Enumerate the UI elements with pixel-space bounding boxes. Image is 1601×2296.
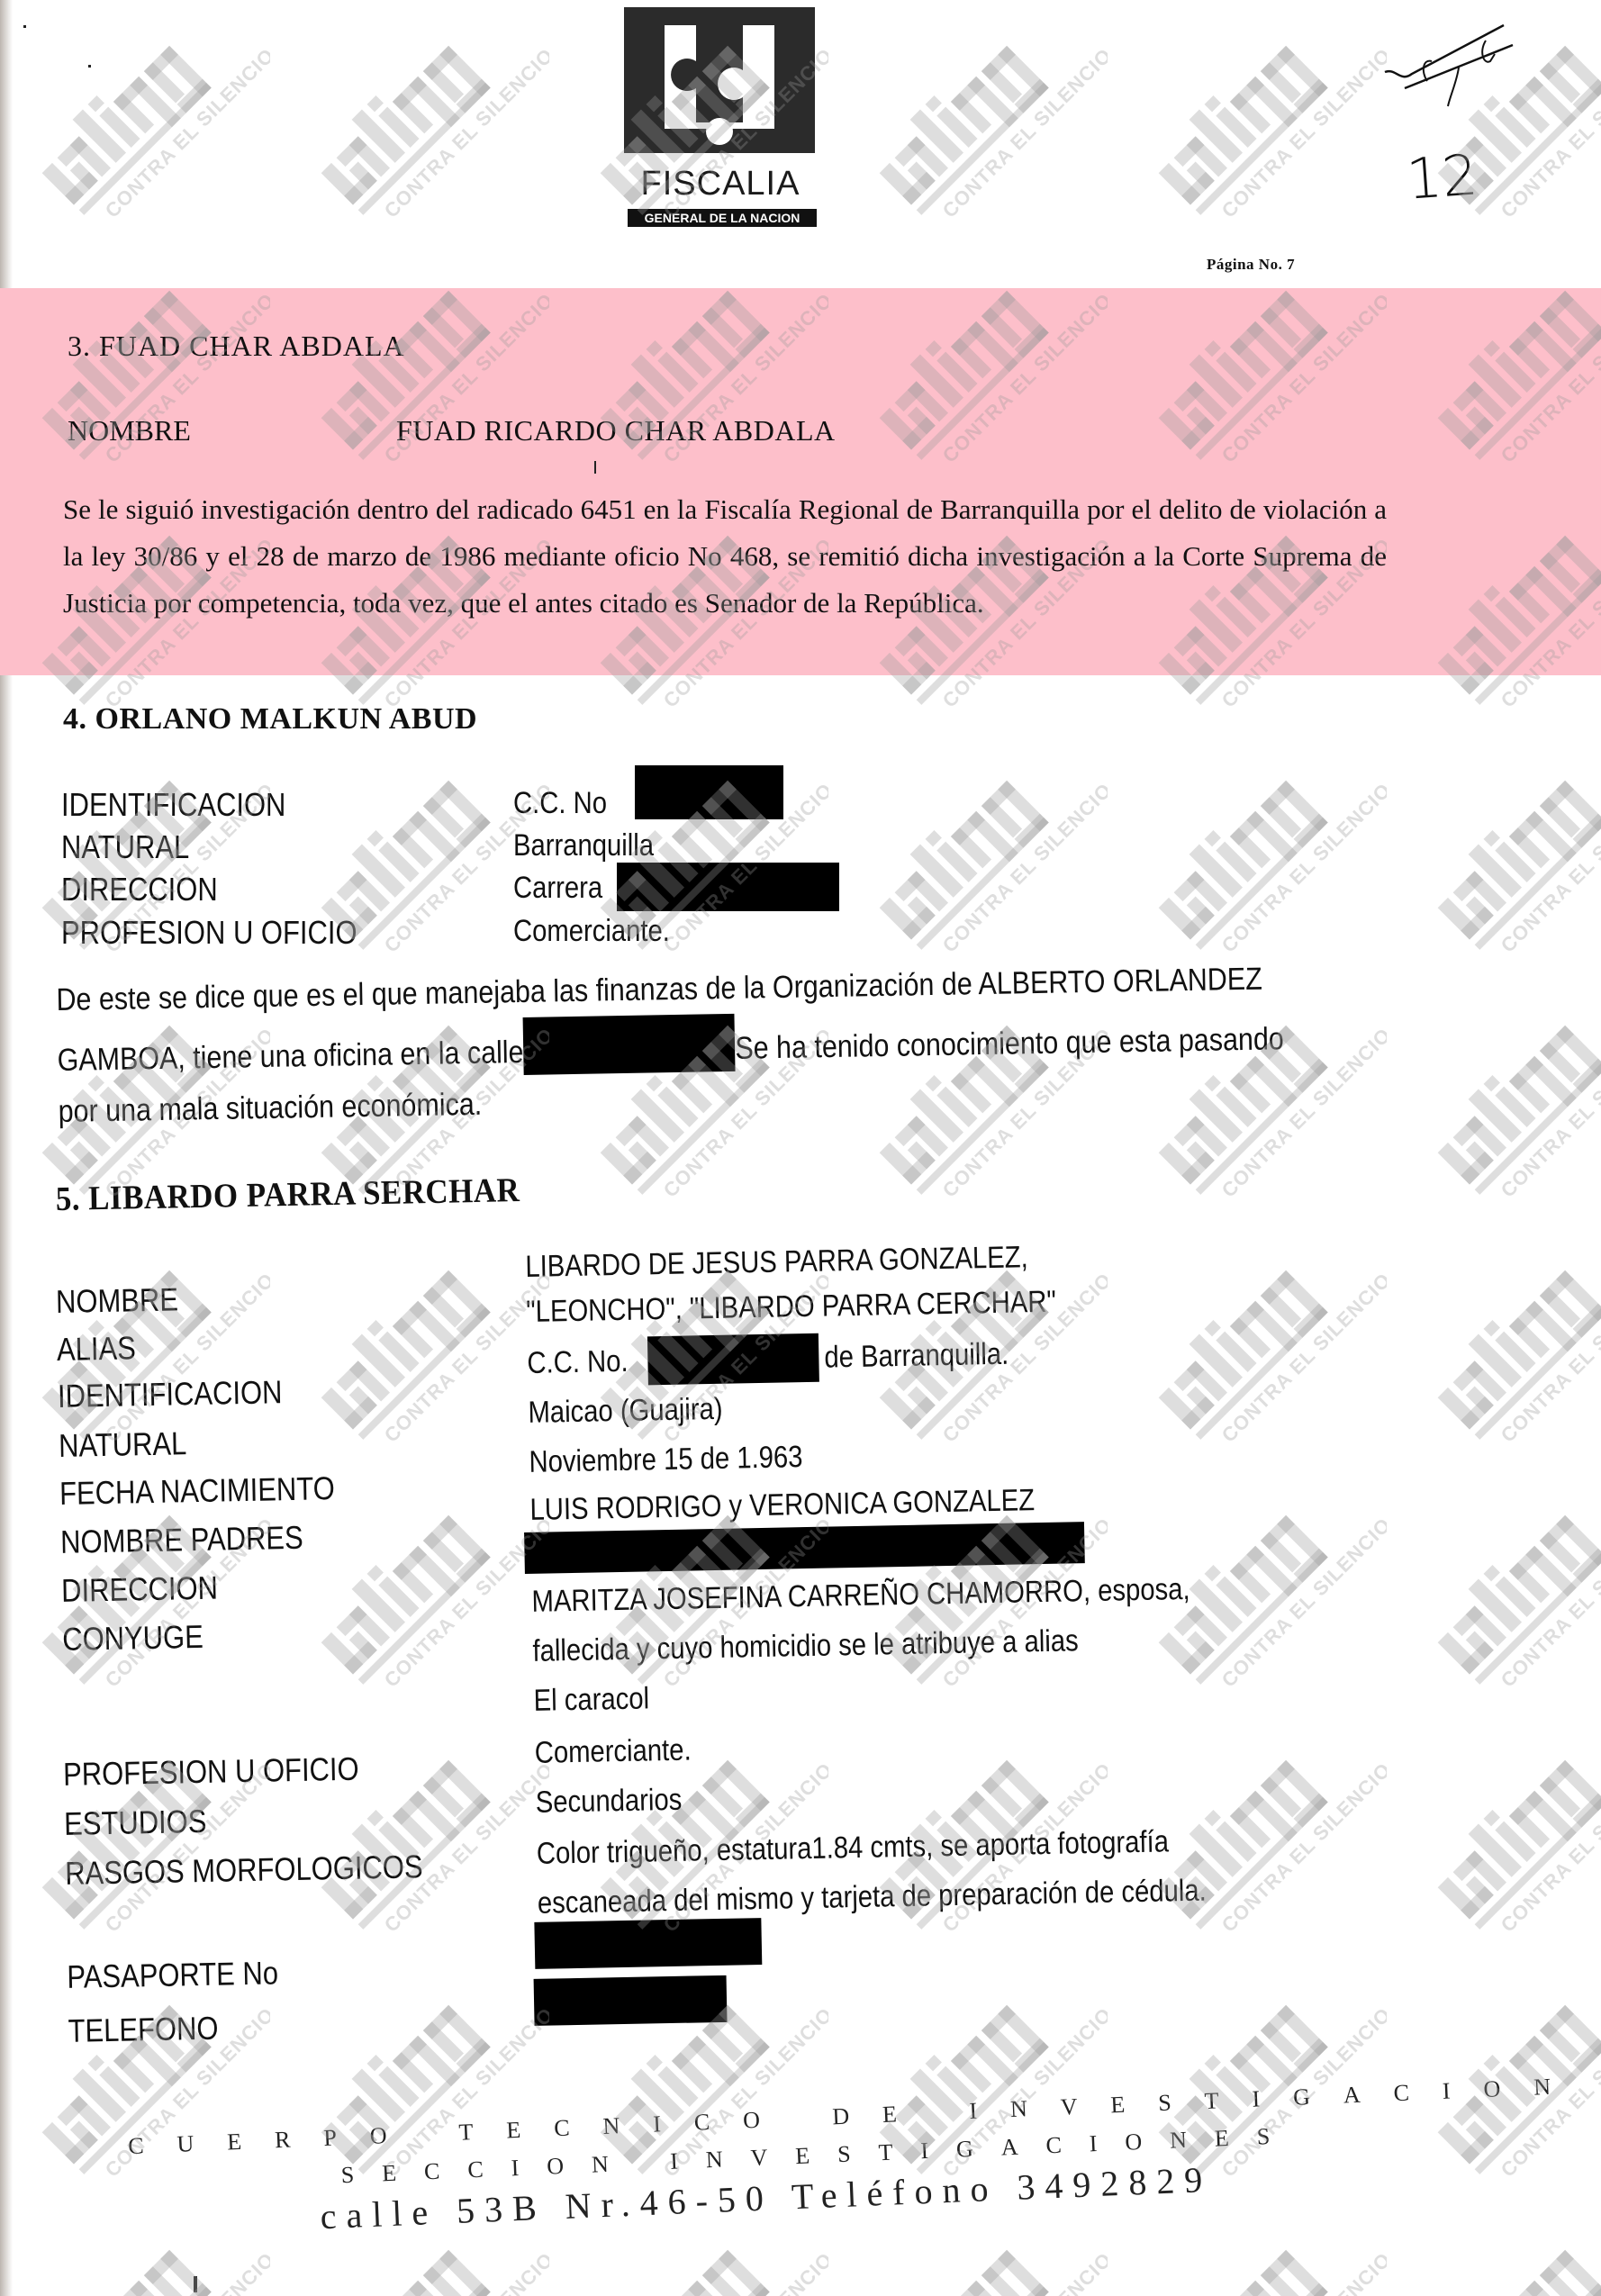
s5-value-identificacion-suffix: de Barranquilla. [824,1337,1009,1376]
s5-value-nombre-padres: LUIS RODRIGO y VERONICA GONZALEZ [529,1483,1035,1528]
s5-value-identificacion-prefix: C.C. No. [527,1344,629,1381]
s5-label-direccion: DIRECCION [61,1569,219,1610]
s5-label-nombre: NOMBRE [56,1280,179,1321]
s5-label-rasgos: RASGOS MORFOLOGICOS [65,1848,423,1893]
s5-value-conyuge-2: fallecida y cuyo homicidio se le atribuy… [532,1623,1079,1669]
s5-value-rasgos-2: escaneada del mismo y tarjeta de prepara… [538,1874,1207,1921]
redaction-box [647,1333,819,1386]
s5-label-alias: ALIAS [57,1329,137,1369]
s5-label-fecha-nacimiento: FECHA NACIMIENTO [59,1469,335,1513]
s5-value-profesion: Comerciante. [534,1733,692,1771]
s5-label-conyuge: CONYUGE [62,1618,204,1659]
s5-label-natural: NATURAL [59,1424,187,1465]
redaction-box [524,1522,1085,1574]
s5-label-telefono: TELEFONO [68,2010,219,2050]
s5-value-conyuge-3: El caracol [533,1681,649,1718]
s5-value-alias: "LEONCHO", "LIBARDO PARRA CERCHAR" [526,1285,1056,1330]
s5-value-rasgos-1: Color trigueño, estatura1.84 cmts, se ap… [537,1824,1170,1871]
s5-label-nombre-padres: NOMBRE PADRES [60,1519,303,1561]
scan-speck [88,65,91,68]
section-5: 5. LIBARDO PARRA SERCHAR NOMBRE ALIAS ID… [0,0,1601,2296]
scan-speck [194,2276,197,2292]
s5-value-nombre: LIBARDO DE JESUS PARRA GONZALEZ, [525,1240,1028,1285]
s5-value-fecha-nacimiento: Noviembre 15 de 1.963 [529,1440,803,1480]
s5-label-profesion: PROFESION U OFICIO [63,1750,359,1794]
s5-label-pasaporte: PASAPORTE No [67,1954,278,1995]
s5-value-conyuge-1: MARITZA JOSEFINA CARREÑO CHAMORRO, espos… [531,1572,1190,1620]
scan-speck [594,461,596,474]
redaction-box [534,1975,728,2026]
s5-label-estudios: ESTUDIOS [64,1803,207,1843]
scan-speck [23,25,26,28]
s5-value-natural: Maicao (Guajira) [528,1392,723,1431]
s5-label-identificacion: IDENTIFICACION [58,1373,283,1415]
section-5-title: 5. LIBARDO PARRA SERCHAR [55,1171,520,1219]
redaction-box [534,1918,762,1969]
s5-value-estudios: Secundarios [535,1783,682,1821]
